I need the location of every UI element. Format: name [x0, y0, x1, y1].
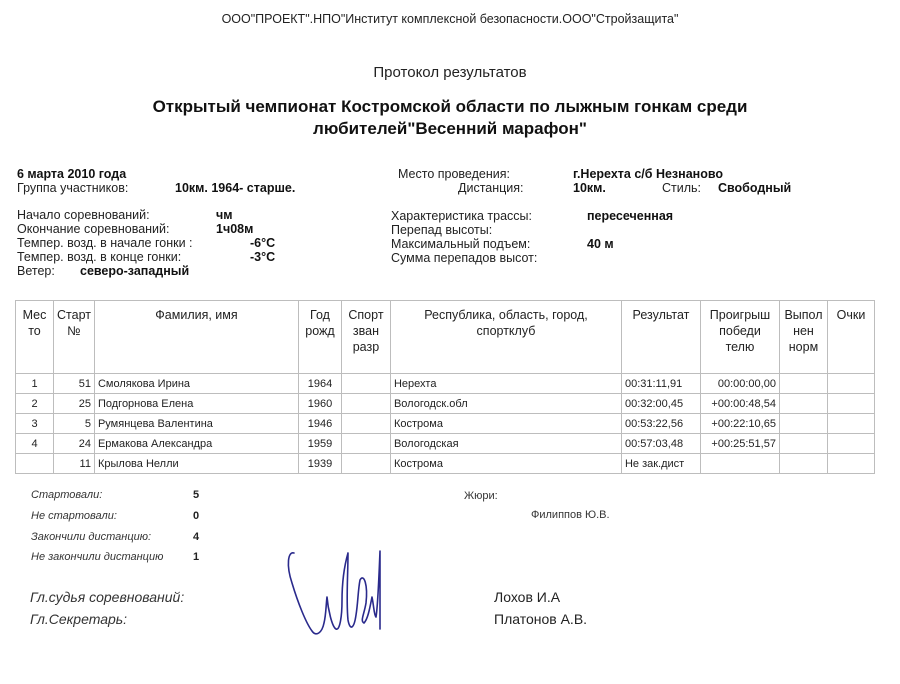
jury-label: Жюри:: [464, 490, 498, 502]
cell-place: 4: [16, 434, 54, 454]
cell-norm: [779, 454, 827, 474]
cell-region: Нерехта: [390, 374, 621, 394]
cell-norm: [779, 434, 827, 454]
cell-rank: [341, 394, 390, 414]
cell-points: [827, 374, 874, 394]
track-label: Характеристика трассы:: [391, 209, 532, 223]
cell-region: Вологодская: [390, 434, 621, 454]
stat-started-label: Стартовали:: [31, 489, 102, 501]
col-header-rank: Спорт зван разр: [341, 301, 390, 374]
stat-not-started-label: Не стартовали:: [31, 510, 117, 522]
cell-region: Кострома: [390, 454, 621, 474]
event-title-line1: Открытый чемпионат Костромской области п…: [0, 96, 900, 118]
stat-started-value: 5: [193, 489, 199, 501]
event-date: 6 марта 2010 года: [17, 167, 126, 181]
cell-rank: [341, 374, 390, 394]
table-row: 11Крылова Нелли1939КостромаНе зак.дист: [16, 454, 875, 474]
cell-behind: +00:22:10,65: [700, 414, 779, 434]
cell-year: 1946: [298, 414, 341, 434]
col-header-result: Результат: [621, 301, 700, 374]
table-row: 225Подгорнова Елена1960Вологодск.обл00:3…: [16, 394, 875, 414]
cell-points: [827, 454, 874, 474]
cell-result: 00:57:03,48: [621, 434, 700, 454]
handwritten-signature-icon: [280, 545, 390, 640]
cell-year: 1960: [298, 394, 341, 414]
cell-result: 00:32:00,45: [621, 394, 700, 414]
cell-norm: [779, 394, 827, 414]
style-value: Свободный: [718, 181, 791, 195]
end-value: 1ч08м: [216, 222, 253, 236]
stat-not-finished-value: 1: [193, 551, 199, 563]
stat-not-finished-label: Не закончили дистанцию: [31, 551, 163, 563]
cell-name: Румянцева Валентина: [94, 414, 298, 434]
cell-bib: 11: [54, 454, 95, 474]
cell-name: Смолякова Ирина: [94, 374, 298, 394]
cell-result: 00:31:11,91: [621, 374, 700, 394]
wind-value: северо-западный: [80, 264, 189, 278]
cell-year: 1959: [298, 434, 341, 454]
cell-bib: 51: [54, 374, 95, 394]
cell-bib: 5: [54, 414, 95, 434]
total-climb-label: Сумма перепадов высот:: [391, 251, 537, 265]
chief-judge-label: Гл.судья соревнований:: [30, 589, 184, 605]
track-value: пересеченная: [587, 209, 673, 223]
cell-points: [827, 414, 874, 434]
max-climb-value: 40 м: [587, 237, 614, 251]
group-label: Группа участников:: [17, 181, 128, 195]
col-header-region: Республика, область, город, спортклуб: [390, 301, 621, 374]
cell-year: 1939: [298, 454, 341, 474]
cell-behind: +00:00:48,54: [700, 394, 779, 414]
cell-points: [827, 434, 874, 454]
table-row: 151Смолякова Ирина1964Нерехта00:31:11,91…: [16, 374, 875, 394]
col-header-place: Мес то: [16, 301, 54, 374]
cell-rank: [341, 414, 390, 434]
event-title: Открытый чемпионат Костромской области п…: [0, 96, 900, 140]
table-row: 35Румянцева Валентина1946Кострома00:53:2…: [16, 414, 875, 434]
cell-rank: [341, 434, 390, 454]
wind-label: Ветер:: [17, 264, 55, 278]
cell-year: 1964: [298, 374, 341, 394]
stat-finished-label: Закончили дистанцию:: [31, 531, 151, 543]
start-label: Начало соревнований:: [17, 208, 150, 222]
cell-bib: 24: [54, 434, 95, 454]
event-title-line2: любителей"Весенний марафон": [0, 118, 900, 140]
cell-behind: [700, 454, 779, 474]
cell-bib: 25: [54, 394, 95, 414]
secretary-name: Платонов А.В.: [494, 611, 587, 627]
group-value: 10км. 1964- старше.: [175, 181, 295, 195]
temp-end-label: Темпер. возд. в конце гонки:: [17, 250, 181, 264]
cell-rank: [341, 454, 390, 474]
cell-behind: +00:25:51,57: [700, 434, 779, 454]
venue-value: г.Нерехта с/б Незнаново: [573, 167, 723, 181]
stat-finished-value: 4: [193, 531, 199, 543]
venue-label: Место проведения:: [398, 167, 510, 181]
cell-name: Крылова Нелли: [94, 454, 298, 474]
document-type: Протокол результатов: [0, 64, 900, 81]
table-row: 424Ермакова Александра1959Вологодская00:…: [16, 434, 875, 454]
jury-member: Филиппов Ю.В.: [531, 509, 610, 521]
temp-start-value: -6°C: [250, 236, 275, 250]
col-header-name: Фамилия, имя: [94, 301, 298, 374]
cell-region: Вологодск.обл: [390, 394, 621, 414]
end-label: Окончание соревнований:: [17, 222, 170, 236]
cell-norm: [779, 374, 827, 394]
cell-points: [827, 394, 874, 414]
chief-judge-name: Лохов И.А: [494, 589, 560, 605]
cell-name: Ермакова Александра: [94, 434, 298, 454]
cell-region: Кострома: [390, 414, 621, 434]
stat-not-started-value: 0: [193, 510, 199, 522]
cell-place: 1: [16, 374, 54, 394]
cell-place: 3: [16, 414, 54, 434]
distance-label: Дистанция:: [458, 181, 524, 195]
secretary-label: Гл.Секретарь:: [30, 611, 127, 627]
temp-end-value: -3°C: [250, 250, 275, 264]
col-header-year: Год рожд: [298, 301, 341, 374]
cell-result: Не зак.дист: [621, 454, 700, 474]
distance-value: 10км.: [573, 181, 606, 195]
start-value: чм: [216, 208, 233, 222]
style-label: Стиль:: [662, 181, 701, 195]
cell-behind: 00:00:00,00: [700, 374, 779, 394]
cell-place: 2: [16, 394, 54, 414]
col-header-behind: Проигрыш победи телю: [700, 301, 779, 374]
temp-start-label: Темпер. возд. в начале гонки :: [17, 236, 193, 250]
table-header-row: Мес то Старт № Фамилия, имя Год рожд Спо…: [16, 301, 875, 374]
cell-norm: [779, 414, 827, 434]
height-diff-label: Перепад высоты:: [391, 223, 492, 237]
results-table: Мес то Старт № Фамилия, имя Год рожд Спо…: [15, 300, 875, 474]
col-header-bib: Старт №: [54, 301, 95, 374]
max-climb-label: Максимальный подъем:: [391, 237, 530, 251]
cell-result: 00:53:22,56: [621, 414, 700, 434]
cell-place: [16, 454, 54, 474]
organizers-line: ООО"ПРОЕКТ".НПО"Институт комплексной без…: [0, 12, 900, 26]
col-header-points: Очки: [827, 301, 874, 374]
col-header-norm: Выпол нен норм: [779, 301, 827, 374]
cell-name: Подгорнова Елена: [94, 394, 298, 414]
